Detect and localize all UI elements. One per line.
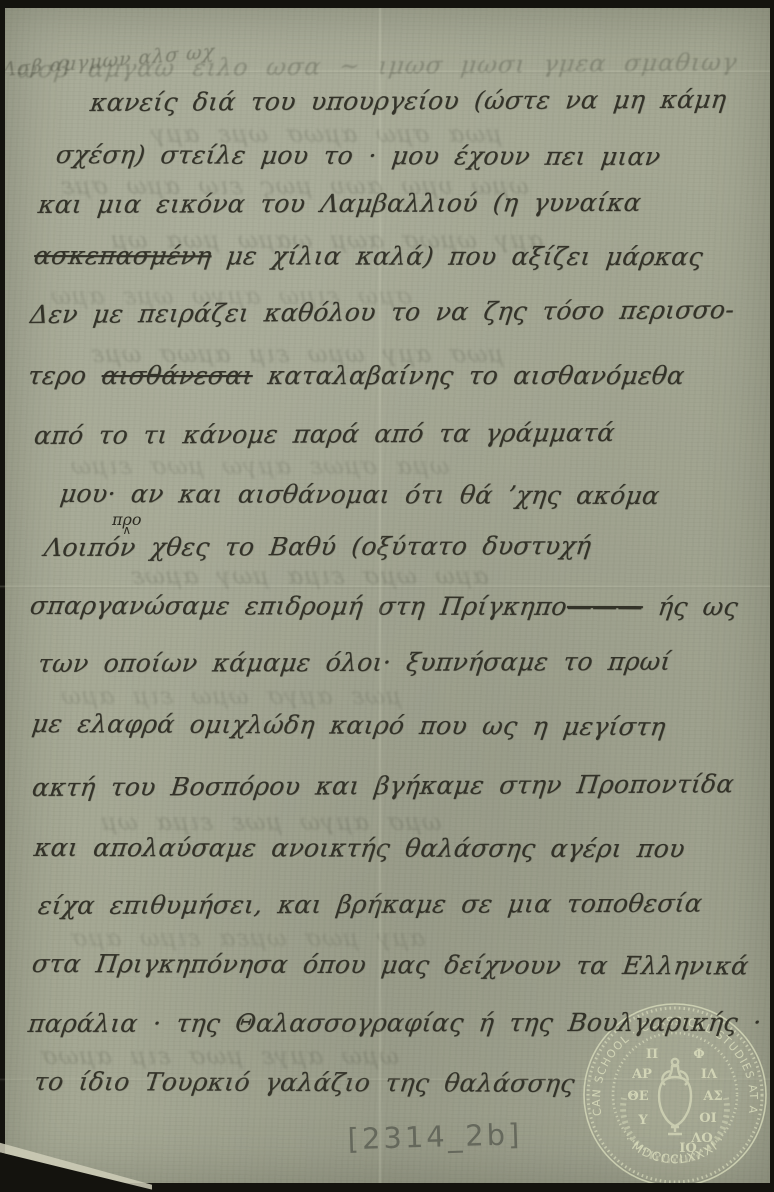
manuscript-line: και απολαύσαμε ανοικτής θαλάσσης αγέρι π… [32, 833, 686, 863]
manuscript-line: με ελαφρά ομιχλώδη καιρό που ως η μεγίστ… [30, 709, 667, 741]
scan-edge-left [0, 0, 5, 150]
line-text: και απολαύσαμε ανοικτής θαλάσσης αγέρι π… [32, 833, 686, 863]
line-text: των οποίων κάμαμε όλοι· ξυπνήσαμε το πρω… [37, 647, 673, 678]
scan-edge-right [770, 0, 774, 1192]
manuscript-line: είχα επιθυμήσει, και βρήκαμε σε μια τοπο… [37, 889, 704, 920]
line-text: ακτή του Βοσπόρου και βγήκαμε στην Προπο… [31, 769, 736, 802]
line-text: με ελαφρά ομιχλώδη καιρό που ως η μεγίστ… [30, 709, 667, 741]
manuscript-line: και μια εικόνα του Λαμβαλλιού (η γυναίκα [37, 188, 643, 219]
manuscript-line: κανείς διά του υπουργείου (ώστε να μη κά… [89, 85, 728, 117]
manuscript-line: από το τι κάνομε παρά από τα γράμματά [33, 418, 617, 450]
manuscript-line: μου· αν και αισθάνομαι ότι θά ’χης ακόμα [58, 479, 661, 510]
scan-edge-top [0, 0, 774, 8]
manuscript-line: σπαργανώσαμε επιδρομή στη Πρίγκηπο——— ής… [28, 591, 739, 621]
scan-edge-bottom [78, 1183, 774, 1192]
manuscript-line: σχέση) στείλε μου το · μου έχουν πει μια… [54, 140, 662, 171]
scanned-letter-page: ωσβ αμγαω ειλο ωσα ~ ιμωσ μωσι γμεα σμαθ… [0, 0, 774, 1192]
line-text: κανείς διά του υπουργείου (ώστε να μη κά… [89, 85, 728, 117]
manuscript-line: το ίδιο Τουρκιό γαλάζιο της θαλάσσης [32, 1067, 576, 1098]
line-text: τερο [26, 361, 103, 390]
manuscript-line: Δεν με πειράζει καθόλου το να ζης τόσο π… [29, 295, 736, 329]
line-text: ής ως [641, 592, 740, 621]
struck-word: ασκεπασμένη [32, 241, 213, 270]
struck-word: ——— [565, 592, 645, 621]
manuscript-line: των οποίων κάμαμε όλοι· ξυπνήσαμε το πρω… [37, 647, 673, 678]
line-text: σχέση) στείλε μου το · μου έχουν πει μια… [54, 140, 662, 171]
struck-word: αισθάνεσαι [100, 361, 255, 390]
line-text: Δεν με πειράζει καθόλου το να ζης τόσο π… [29, 295, 736, 329]
interlinear-insertion: προ ∧ [112, 514, 142, 536]
manuscript-line: τερο αισθάνεσαι καταλαβαίνης το αισθανόμ… [26, 361, 686, 390]
manuscript-line: ακτή του Βοσπόρου και βγήκαμε στην Προπο… [31, 769, 736, 802]
line-text: με χίλια καλά) που αξίζει μάρκας [210, 241, 705, 271]
torn-corner [0, 1132, 152, 1192]
manuscript-line: παράλια · της Θαλασσογραφίας ή της Βουλγ… [26, 1008, 763, 1038]
line-text: παράλια · της Θαλασσογραφίας ή της Βουλγ… [26, 1008, 763, 1038]
line-text: είχα επιθυμήσει, και βρήκαμε σε μια τοπο… [37, 889, 704, 920]
line-text: και μια εικόνα του Λαμβαλλιού (η γυναίκα [37, 188, 643, 219]
line-text: στα Πριγκηπόνησα όπου μας δείχνουν τα Ελ… [30, 949, 750, 980]
manuscript-line: ασκεπασμένη με χίλια καλά) που αξίζει μά… [32, 241, 704, 271]
manuscript-line: στα Πριγκηπόνησα όπου μας δείχνουν τα Ελ… [30, 949, 750, 980]
manuscript-text: κανείς διά του υπουργείου (ώστε να μη κά… [0, 0, 774, 1192]
line-text: το ίδιο Τουρκιό γαλάζιο της θαλάσσης [32, 1067, 576, 1098]
line-text: σπαργανώσαμε επιδρομή στη Πρίγκηπο [28, 591, 568, 621]
line-text: μου· αν και αισθάνομαι ότι θά ’χης ακόμα [58, 479, 661, 510]
line-text: από το τι κάνομε παρά από τα γράμματά [33, 418, 617, 450]
line-text: καταλαβαίνης το αισθανόμεθα [251, 361, 686, 390]
